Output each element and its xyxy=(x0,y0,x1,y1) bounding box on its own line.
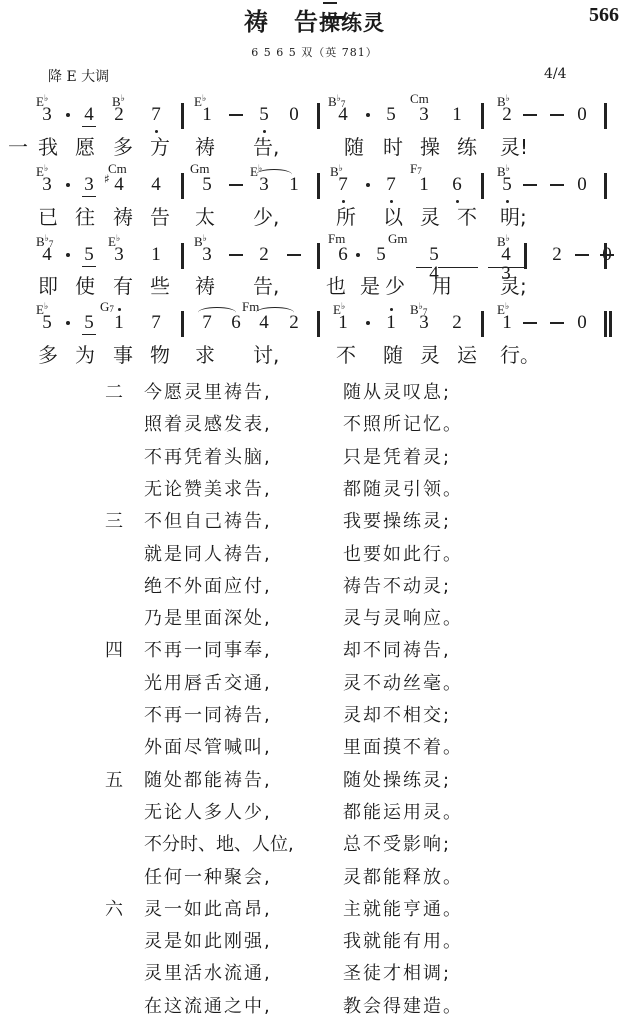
time-signature: 4/4 xyxy=(544,66,567,82)
note: 3 xyxy=(82,175,96,194)
barline xyxy=(317,103,320,129)
sustain-dash xyxy=(523,114,537,116)
verse-line-second-half: 我要操练灵; xyxy=(343,512,451,532)
verse-number: 一 xyxy=(8,137,28,157)
verse-number: 四 xyxy=(105,641,125,661)
verse-line-second-half: 圣徒才相调; xyxy=(343,964,451,984)
verse-line-first-half: 无论赞美求告, xyxy=(144,480,272,500)
barline xyxy=(524,243,527,269)
note: 7 xyxy=(149,105,163,124)
verse-line-second-half: 却不同祷告, xyxy=(343,641,451,661)
chord-symbol: Gm xyxy=(388,232,408,245)
lyric-syllable: 告, xyxy=(253,137,279,157)
lyric-syllable: 用 xyxy=(432,276,452,296)
note: 3 xyxy=(200,245,214,264)
slur-tie xyxy=(256,169,292,180)
lyric-syllable: 以 xyxy=(383,207,403,227)
lyric-syllable: 不 xyxy=(336,345,356,365)
underline-beam xyxy=(488,267,526,268)
note: 1 xyxy=(200,105,214,124)
sharp-accidental: ♯ xyxy=(104,172,110,186)
verse-line-second-half: 灵却不相交; xyxy=(343,706,451,726)
lyric-syllable: 我 xyxy=(38,137,58,157)
verse-line-second-half: 都能运用灵。 xyxy=(343,803,463,823)
lyric-syllable: 灵; xyxy=(500,276,527,296)
note: 2 xyxy=(450,313,464,332)
lyric-syllable: 为 xyxy=(75,345,95,365)
verse-line-second-half: 灵与灵响应。 xyxy=(343,609,463,629)
lyric-syllable: 求 xyxy=(195,345,215,365)
verse-line-second-half: 主就能亨通。 xyxy=(343,900,463,920)
augmentation-dot xyxy=(66,253,70,257)
note: 2 xyxy=(257,245,271,264)
lyric-syllable: 随 xyxy=(383,345,403,365)
lyric-syllable: 所 xyxy=(336,207,356,227)
verse-line-second-half: 我就能有用。 xyxy=(343,932,463,952)
final-barline xyxy=(609,311,612,337)
lyric-syllable: 愿 xyxy=(75,137,95,157)
verse-line-first-half: 不再一同祷告, xyxy=(144,706,272,726)
note: 5 xyxy=(82,313,96,332)
verse-number: 二 xyxy=(105,383,125,403)
note: 6 xyxy=(336,245,350,264)
lyric-syllable: 太 xyxy=(195,207,215,227)
note: 5 xyxy=(40,313,54,332)
lyric-syllable: 多 xyxy=(38,345,58,365)
lyric-syllable: 些 xyxy=(150,276,170,296)
underline-beam xyxy=(416,267,432,268)
key-signature: 降 E 大调 xyxy=(48,66,109,86)
note: 7 xyxy=(336,175,350,194)
lyric-syllable: 祷 xyxy=(195,137,215,157)
lyric-syllable: 物 xyxy=(150,345,170,365)
verse-line-first-half: 光用唇舌交通, xyxy=(144,674,272,694)
note: 4 xyxy=(82,105,96,124)
barline xyxy=(181,311,184,337)
verse-number: 三 xyxy=(105,512,125,532)
verse-line-second-half: 总不受影响; xyxy=(343,835,451,855)
lyric-syllable: 灵 xyxy=(420,207,440,227)
augmentation-dot xyxy=(66,321,70,325)
verse-line-second-half: 也要如此行。 xyxy=(343,545,463,565)
sustain-dash xyxy=(550,322,564,324)
hymn-number: 566 xyxy=(589,4,619,27)
note: 3 xyxy=(112,245,126,264)
barline xyxy=(181,243,184,269)
sustain-dash xyxy=(229,114,243,116)
lyric-syllable: 少 xyxy=(385,276,405,296)
barline xyxy=(604,103,607,129)
sustain-dash xyxy=(523,184,537,186)
title-main: 祷 告 xyxy=(244,8,319,36)
final-barline xyxy=(604,311,607,337)
note: 2 xyxy=(550,245,564,264)
lyric-syllable: 祷 xyxy=(195,276,215,296)
lyric-syllable: 祷 xyxy=(113,207,133,227)
lyric-syllable: 已 xyxy=(38,207,58,227)
barline xyxy=(181,173,184,199)
lyric-syllable: 讨, xyxy=(253,345,279,365)
note: 1 xyxy=(450,105,464,124)
lyric-syllable: 告, xyxy=(253,276,279,296)
note: 2 xyxy=(112,105,126,124)
note: 3 xyxy=(40,175,54,194)
lyric-syllable: 使 xyxy=(75,276,95,296)
note: 1 xyxy=(149,245,163,264)
verse-line-second-half: 教会得建造。 xyxy=(343,997,463,1015)
note: 7 xyxy=(384,175,398,194)
lyric-syllable: 告 xyxy=(150,207,170,227)
verse-line-first-half: 乃是里面深处, xyxy=(144,609,272,629)
note: 1 xyxy=(500,313,514,332)
verse-line-first-half: 不再凭着头脑, xyxy=(144,448,272,468)
verse-line-first-half: 灵里活水流通, xyxy=(144,964,272,984)
verse-line-second-half: 灵不动丝毫。 xyxy=(343,674,463,694)
note: 5 xyxy=(257,105,271,124)
slur-tie xyxy=(256,307,294,318)
note: 3 xyxy=(417,313,431,332)
note: 1 xyxy=(112,313,126,332)
augmentation-dot xyxy=(366,321,370,325)
lyric-syllable: 不 xyxy=(457,207,477,227)
verse-line-first-half: 不再一同事奉, xyxy=(144,641,272,661)
lyric-syllable: 事 xyxy=(113,345,133,365)
sustain-dash xyxy=(575,254,589,256)
sustain-dash xyxy=(229,184,243,186)
sustain-dash xyxy=(550,114,564,116)
note: 0 xyxy=(575,105,589,124)
sustain-dash xyxy=(287,254,301,256)
verse-line-second-half: 祷告不动灵; xyxy=(343,577,451,597)
note: 0 xyxy=(575,175,589,194)
verse-line-first-half: 绝不外面应付, xyxy=(144,577,272,597)
note: 1 xyxy=(384,313,398,332)
hymn-title: 祷 告—操练灵 xyxy=(0,2,629,37)
barline xyxy=(481,311,484,337)
verse-line-first-half: 灵是如此刚强, xyxy=(144,932,272,952)
lyric-syllable: 即 xyxy=(38,276,58,296)
note: 2 xyxy=(500,105,514,124)
verse-line-second-half: 不照所记忆。 xyxy=(343,415,463,435)
verse-line-second-half: 随从灵叹息; xyxy=(343,383,451,403)
verse-line-second-half: 灵都能释放。 xyxy=(343,868,463,888)
lyric-syllable: 操 xyxy=(420,137,440,157)
verse-line-second-half: 里面摸不着。 xyxy=(343,738,463,758)
barline xyxy=(181,103,184,129)
verse-line-first-half: 无论人多人少, xyxy=(144,803,272,823)
verse-line-second-half: 随处操练灵; xyxy=(343,771,451,791)
barline xyxy=(317,243,320,269)
note: 5 xyxy=(374,245,388,264)
note: 0 xyxy=(575,313,589,332)
sustain-dash xyxy=(523,322,537,324)
note: 4 xyxy=(149,175,163,194)
title-dash: — xyxy=(323,2,337,4)
lyric-syllable: 多 xyxy=(113,137,133,157)
verse-line-first-half: 在这流通之中, xyxy=(144,997,272,1015)
note: 4 xyxy=(40,245,54,264)
lyric-syllable: 行。 xyxy=(500,345,540,365)
lyric-syllable: 少, xyxy=(253,207,279,227)
barline xyxy=(604,173,607,199)
lyric-syllable: 明; xyxy=(500,207,527,227)
note: 7 xyxy=(149,313,163,332)
augmentation-dot xyxy=(66,183,70,187)
note: 1 xyxy=(417,175,431,194)
verse-line-first-half: 任何一种聚会, xyxy=(144,868,272,888)
barline xyxy=(481,103,484,129)
augmentation-dot xyxy=(356,253,360,257)
slur-tie xyxy=(198,307,236,318)
lyric-syllable: 有 xyxy=(113,276,133,296)
note: 4 xyxy=(336,105,350,124)
augmentation-dot xyxy=(366,183,370,187)
verse-line-second-half: 都随灵引领。 xyxy=(343,480,463,500)
lyric-syllable: 随 xyxy=(344,137,364,157)
lyric-syllable: 方 xyxy=(150,137,170,157)
underline-beam xyxy=(438,267,478,268)
verse-line-first-half: 外面尽管喊叫, xyxy=(144,738,272,758)
meter-info: 6 5 6 5 双（英 781） xyxy=(0,44,629,60)
verse-line-first-half: 不但自己祷告, xyxy=(144,512,272,532)
barline xyxy=(317,311,320,337)
sustain-dash xyxy=(550,184,564,186)
note: 5 xyxy=(200,175,214,194)
augmentation-dot xyxy=(66,113,70,117)
note: 4 xyxy=(112,175,126,194)
note: 0 xyxy=(600,245,614,264)
lyric-syllable: 也 xyxy=(326,276,346,296)
verse-line-first-half: 灵一如此高昂, xyxy=(144,900,272,920)
verse-line-first-half: 就是同人祷告, xyxy=(144,545,272,565)
lyric-syllable: 练 xyxy=(457,137,477,157)
sustain-dash xyxy=(229,254,243,256)
lyric-syllable: 往 xyxy=(75,207,95,227)
verse-line-first-half: 不分时、地、人位, xyxy=(144,835,294,855)
note: 5 xyxy=(82,245,96,264)
barline xyxy=(481,173,484,199)
lyric-syllable: 灵! xyxy=(500,137,528,157)
verse-line-first-half: 今愿灵里祷告, xyxy=(144,383,272,403)
lyric-syllable: 灵 xyxy=(420,345,440,365)
augmentation-dot xyxy=(366,113,370,117)
verse-number: 五 xyxy=(105,771,125,791)
note: 3 xyxy=(417,105,431,124)
note: 6 xyxy=(450,175,464,194)
verse-line-first-half: 照着灵感发表, xyxy=(144,415,272,435)
note: 0 xyxy=(287,105,301,124)
verse-line-first-half: 随处都能祷告, xyxy=(144,771,272,791)
barline xyxy=(604,243,607,269)
note: 5 xyxy=(384,105,398,124)
note: 3 xyxy=(40,105,54,124)
note: 5 xyxy=(500,175,514,194)
verse-line-second-half: 只是凭着灵; xyxy=(343,448,451,468)
verse-number: 六 xyxy=(105,900,125,920)
lyric-syllable: 时 xyxy=(383,137,403,157)
note: 1 xyxy=(336,313,350,332)
lyric-syllable: 运 xyxy=(457,345,477,365)
barline xyxy=(317,173,320,199)
lyric-syllable: 是 xyxy=(360,276,380,296)
